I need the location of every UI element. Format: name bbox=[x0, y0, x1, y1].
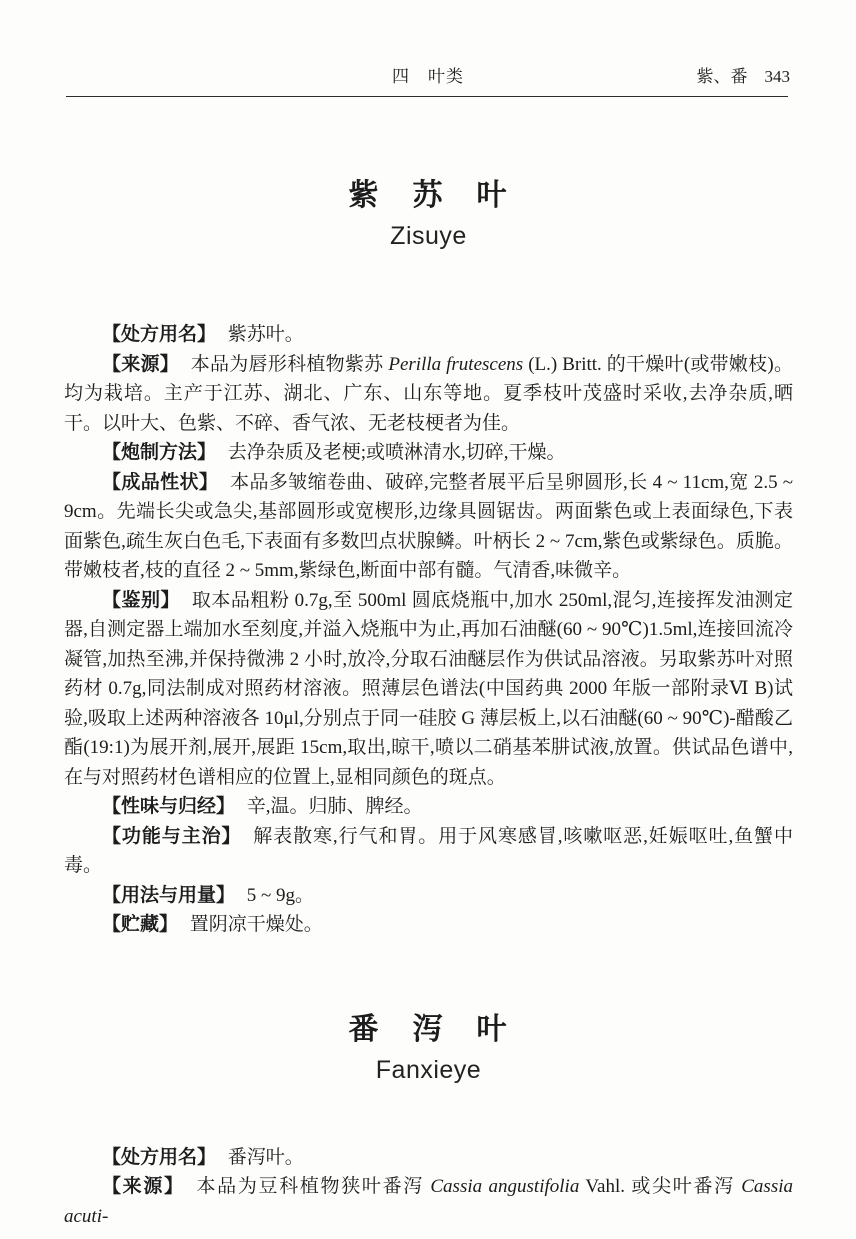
entry-text: 5 ~ 9g。 bbox=[247, 885, 314, 906]
monograph-title-chinese: 紫 苏 叶 bbox=[64, 178, 793, 214]
entry-text: 本品为唇形科植物紫苏 bbox=[191, 354, 389, 375]
entry-label: 【贮藏】 bbox=[102, 914, 178, 935]
latin-species-name: Perilla frutescens bbox=[388, 354, 523, 375]
entry-label: 【炮制方法】 bbox=[102, 442, 216, 463]
entry-label: 【处方用名】 bbox=[102, 1147, 216, 1168]
section-fanxieye: 番 泻 叶 Fanxieye 【处方用名】番泻叶。【来源】本品为豆科植物狭叶番泻… bbox=[64, 1012, 793, 1232]
entry-paragraph: 【处方用名】番泻叶。 bbox=[64, 1143, 793, 1173]
entries-list: 【处方用名】紫苏叶。【来源】本品为唇形科植物紫苏 Perilla frutesc… bbox=[64, 320, 793, 940]
monograph-title-pinyin: Zisuye bbox=[64, 222, 793, 250]
entries-list: 【处方用名】番泻叶。【来源】本品为豆科植物狭叶番泻 Cassia angusti… bbox=[64, 1143, 793, 1232]
entry-text: 去净杂质及老梗;或喷淋清水,切碎,干燥。 bbox=[228, 442, 566, 463]
entry-label: 【成品性状】 bbox=[102, 472, 218, 493]
entry-paragraph: 【贮藏】置阴凉干燥处。 bbox=[64, 910, 793, 940]
entry-text: 紫苏叶。 bbox=[228, 324, 304, 345]
entry-paragraph: 【来源】本品为豆科植物狭叶番泻 Cassia angustifolia Vahl… bbox=[64, 1172, 793, 1231]
entry-paragraph: 【炮制方法】去净杂质及老梗;或喷淋清水,切碎,干燥。 bbox=[64, 438, 793, 468]
entry-paragraph: 【用法与用量】5 ~ 9g。 bbox=[64, 881, 793, 911]
entry-text: 置阴凉干燥处。 bbox=[190, 914, 323, 935]
entry-text: 取本品粗粉 0.7g,至 500ml 圆底烧瓶中,加水 250ml,混匀,连接挥… bbox=[64, 590, 793, 788]
entry-paragraph: 【鉴别】取本品粗粉 0.7g,至 500ml 圆底烧瓶中,加水 250ml,混匀… bbox=[64, 586, 793, 793]
entry-text: 本品为豆科植物狭叶番泻 bbox=[196, 1176, 430, 1197]
monograph-title-pinyin: Fanxieye bbox=[64, 1056, 793, 1084]
entry-label: 【性味与归经】 bbox=[102, 796, 235, 817]
entry-text: 番泻叶。 bbox=[228, 1147, 304, 1168]
monograph-title-chinese: 番 泻 叶 bbox=[64, 1012, 793, 1048]
latin-species-name: Cassia angustifolia bbox=[430, 1176, 579, 1197]
entry-label: 【处方用名】 bbox=[102, 324, 216, 345]
entry-label: 【用法与用量】 bbox=[102, 885, 235, 906]
section-zisuye: 紫 苏 叶 Zisuye 【处方用名】紫苏叶。【来源】本品为唇形科植物紫苏 Pe… bbox=[64, 178, 793, 940]
entry-label: 【鉴别】 bbox=[102, 590, 180, 611]
entry-label: 【来源】 bbox=[102, 354, 179, 375]
entry-text: 辛,温。归肺、脾经。 bbox=[247, 796, 423, 817]
entry-paragraph: 【来源】本品为唇形科植物紫苏 Perilla frutescens (L.) B… bbox=[64, 350, 793, 439]
entry-paragraph: 【功能与主治】解表散寒,行气和胃。用于风寒感冒,咳嗽呕恶,妊娠呕吐,鱼蟹中毒。 bbox=[64, 822, 793, 881]
content: 紫 苏 叶 Zisuye 【处方用名】紫苏叶。【来源】本品为唇形科植物紫苏 Pe… bbox=[64, 0, 793, 1231]
entry-paragraph: 【成品性状】本品多皱缩卷曲、破碎,完整者展平后呈卵圆形,长 4 ~ 11cm,宽… bbox=[64, 468, 793, 586]
entry-label: 【来源】 bbox=[102, 1176, 185, 1197]
entry-label: 【功能与主治】 bbox=[102, 826, 241, 847]
entry-paragraph: 【性味与归经】辛,温。归肺、脾经。 bbox=[64, 792, 793, 822]
entry-paragraph: 【处方用名】紫苏叶。 bbox=[64, 320, 793, 350]
page: 四 叶类 紫、番 343 紫 苏 叶 Zisuye 【处方用名】紫苏叶。【来源】… bbox=[0, 0, 856, 1239]
entry-text: Vahl. 或尖叶番泻 bbox=[579, 1176, 741, 1197]
